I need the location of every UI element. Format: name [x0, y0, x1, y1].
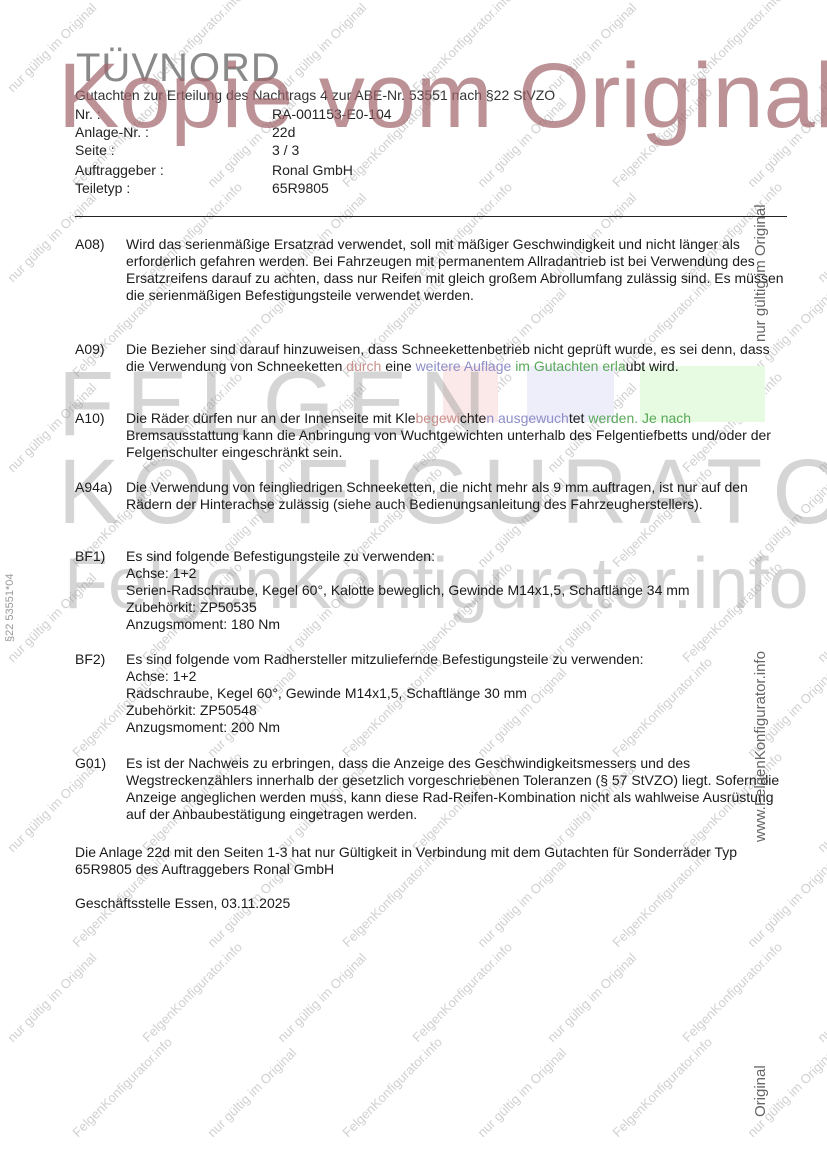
report-title: Gutachten zur Erteilung des Nachtrags 4 … [75, 87, 555, 103]
clause-code: A10) [75, 410, 125, 427]
text-run: chte [460, 410, 486, 426]
text-run: weitere Auflage [416, 358, 512, 374]
margin-reference: §22 53551*04 [4, 573, 16, 642]
clause-text: Wird das serienmäßige Ersatzrad verwende… [126, 236, 790, 304]
field-value: 65R9805 [272, 180, 329, 196]
field-anlage: Anlage-Nr. :22d [75, 124, 295, 140]
clause-code: A08) [75, 236, 125, 253]
field-value: 3 / 3 [272, 142, 299, 158]
diagonal-watermark: nur gültig im Original [544, 950, 639, 1045]
clause-bf1: BF1) Es sind folgende Befestigungsteile … [75, 548, 790, 633]
clause-line: Radschraube, Kegel 60°, Gewinde M14x1,5,… [126, 685, 790, 702]
diagonal-watermark: nur gültig im Original [814, 380, 827, 475]
clause-a94a: A94a) Die Verwendung von feingliedrigen … [75, 479, 790, 513]
field-nr: Nr. :RA-001153-E0-104 [75, 106, 392, 122]
clause-code: A94a) [75, 479, 125, 496]
clause-line: Es sind folgende vom Radhersteller mitzu… [126, 651, 790, 668]
diagonal-watermark: nur gültig im Original [814, 950, 827, 1045]
diagonal-watermark: FelgenKonfigurator.info [139, 939, 245, 1045]
diagonal-watermark: nur gültig im Original [204, 1045, 299, 1140]
clause-a09: A09) Die Bezieher sind darauf hinzuweise… [75, 341, 790, 375]
diagonal-watermark: FelgenKonfigurator.info [609, 1034, 715, 1140]
diagonal-watermark: FelgenKonfigurator.info [679, 939, 785, 1045]
field-seite: Seite :3 / 3 [75, 142, 299, 158]
field-label: Teiletyp : [75, 180, 272, 196]
diagonal-watermark: nur gültig im Original [744, 95, 827, 190]
clause-line: Serien-Radschraube, Kegel 60°, Kalotte b… [126, 582, 790, 599]
header-divider [75, 216, 787, 217]
diagonal-watermark: FelgenKonfigurator.info [69, 1034, 175, 1140]
clause-bf2: BF2) Es sind folgende vom Radhersteller … [75, 651, 790, 736]
diagonal-watermark: nur gültig im Original [814, 570, 827, 665]
place-date: Geschäftsstelle Essen, 03.11.2025 [75, 895, 790, 912]
clause-text: Die Räder dürfen nur an der Innenseite m… [126, 410, 790, 461]
field-label: Nr. : [75, 106, 272, 122]
clause-code: A09) [75, 341, 125, 358]
diagonal-watermark: FelgenKonfigurator.info [409, 0, 515, 95]
clause-line: Es sind folgende Befestigungsteile zu ve… [126, 548, 790, 565]
diagonal-watermark: FelgenKonfigurator.info [679, 0, 785, 95]
diagonal-watermark: nur gültig im Original [474, 1045, 569, 1140]
text-run: tet [569, 410, 588, 426]
clause-line: Zubehörkit: ZP50548 [126, 702, 790, 719]
clause-line: Achse: 1+2 [126, 565, 790, 582]
diagonal-watermark: nur gültig im Original [4, 950, 99, 1045]
diagonal-watermark: nur gültig im Original [814, 760, 827, 855]
field-label: Seite : [75, 142, 272, 158]
clause-text: Es ist der Nachweis zu erbringen, dass d… [126, 755, 790, 823]
field-value: 22d [272, 124, 295, 140]
clause-lines: Es sind folgende vom Radhersteller mitzu… [126, 651, 790, 736]
watermark-vertical-nur-gueltig: nur gültig im Original [752, 204, 769, 342]
watermark-vertical-site: www.FelgenKonfigurator.info [752, 651, 769, 842]
field-label: Auftraggeber : [75, 162, 272, 178]
validity-note: Die Anlage 22d mit den Seiten 1-3 hat nu… [75, 844, 790, 878]
clause-code: BF2) [75, 651, 125, 668]
field-value: RA-001153-E0-104 [272, 106, 392, 122]
text-run: durch [346, 358, 381, 374]
diagonal-watermark: nur gültig im Original [814, 190, 827, 285]
diagonal-watermark: nur gültig im Original [474, 95, 569, 190]
diagonal-watermark: FelgenKonfigurator.info [339, 1034, 445, 1140]
text-run: werden. Je nach [588, 410, 691, 426]
clause-lines: Es sind folgende Befestigungsteile zu ve… [126, 548, 790, 633]
clause-g01: G01) Es ist der Nachweis zu erbringen, d… [75, 755, 790, 823]
tuv-nord-logo: TÜVNORD [76, 48, 281, 88]
field-teiletyp: Teiletyp :65R9805 [75, 180, 329, 196]
diagonal-watermark: nur gültig im Original [544, 0, 639, 95]
clause-line: Achse: 1+2 [126, 668, 790, 685]
diagonal-watermark: FelgenKonfigurator.info [609, 84, 715, 190]
clause-text: Die Verwendung von feingliedrigen Schnee… [126, 479, 790, 513]
field-auftraggeber: Auftraggeber :Ronal GmbH [75, 162, 353, 178]
clause-code: BF1) [75, 548, 125, 565]
document-page: nur gültig im OriginalFelgenKonfigurator… [0, 0, 827, 1169]
text-run: eine [381, 358, 415, 374]
text-run: Die Räder dürfen nur an der Innenseite m… [126, 410, 416, 426]
text-run: ubt wird. [626, 358, 679, 374]
clause-text: Die Bezieher sind darauf hinzuweisen, da… [126, 341, 790, 375]
clause-a08: A08) Wird das serienmäßige Ersatzrad ver… [75, 236, 790, 304]
clause-a10: A10) Die Räder dürfen nur an der Innense… [75, 410, 790, 461]
field-value: Ronal GmbH [272, 162, 353, 178]
diagonal-watermark: nur gültig im Original [274, 0, 369, 95]
watermark-vertical-original: Original [752, 1065, 769, 1117]
field-label: Anlage-Nr. : [75, 124, 272, 140]
text-run: im Gutachten erla [515, 358, 626, 374]
clause-line: Anzugsmoment: 200 Nm [126, 719, 790, 736]
text-run: begewi [416, 410, 460, 426]
clause-line: Zubehörkit: ZP50535 [126, 599, 790, 616]
text-run: n ausgewuch [486, 410, 569, 426]
diagonal-watermark: FelgenKonfigurator.info [409, 939, 515, 1045]
text-run: Bremsausstattung kann die Anbringung von… [126, 427, 771, 460]
clause-line: Anzugsmoment: 180 Nm [126, 616, 790, 633]
diagonal-watermark: nur gültig im Original [814, 0, 827, 95]
clause-code: G01) [75, 755, 125, 772]
diagonal-watermark: nur gültig im Original [274, 950, 369, 1045]
